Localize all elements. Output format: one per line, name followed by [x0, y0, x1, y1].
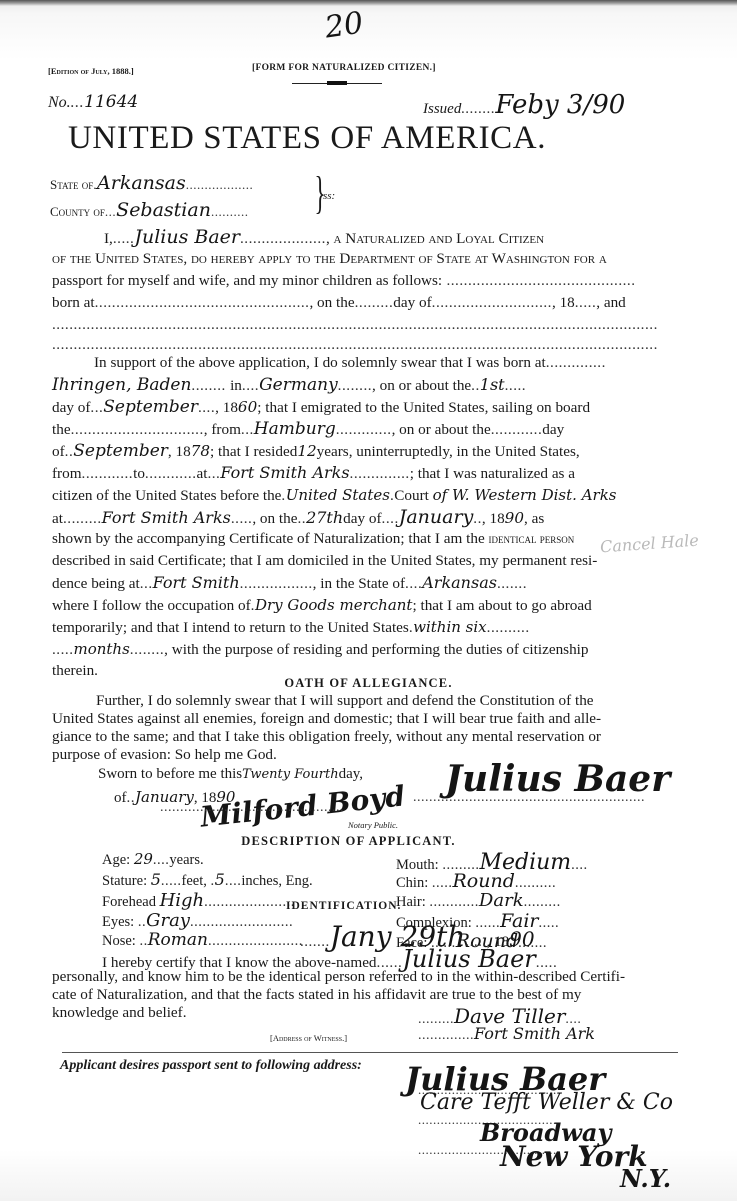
stature-inches: 5 — [215, 870, 225, 889]
scan-top-edge — [0, 0, 737, 6]
edition-label: [Edition of July, 1888.] — [48, 66, 134, 76]
birthplace: Ihringen, Baden — [52, 375, 191, 395]
application-line-2: of the United States, do hereby apply to… — [52, 248, 692, 270]
affidavit-line-7: citizen of the United States before the.… — [52, 484, 692, 507]
sworn-line: Sworn to before me thisTwenty Fourthday, — [98, 766, 363, 783]
nose-value: Roman — [148, 930, 208, 950]
oath-line-2: United States against all enemies, forei… — [52, 710, 692, 728]
affidavit-line-14: .....months........, with the purpose of… — [52, 638, 692, 661]
applicant-signature: Julius Baer — [445, 758, 670, 800]
form-type-label: [FORM FOR NATURALIZED CITIZEN.] — [252, 63, 436, 73]
naturalization-month: January — [399, 506, 474, 528]
application-line-3: passport for myself and wife, and my min… — [52, 270, 692, 292]
issued-label: Issued — [423, 101, 461, 117]
birth-year: 60 — [238, 398, 257, 416]
affidavit-line-9: shown by the accompanying Certificate of… — [52, 528, 692, 550]
affidavit-line-10: described in said Certificate; that I am… — [52, 550, 692, 572]
identification-line-2: personally, and know him to be the ident… — [52, 968, 692, 986]
sworn-day: Twenty Fourth — [242, 767, 338, 782]
hair-field: Hair: ............Dark......... — [396, 890, 561, 911]
identification-heading: IDENTIFICATION. — [286, 900, 401, 912]
applicant-name: Julius Baer — [134, 226, 240, 248]
affidavit-line-6: from............to............at...Fort … — [52, 462, 692, 485]
affidavit-line-13: temporarily; and that I intend to return… — [52, 616, 692, 639]
county-label: County of — [50, 204, 105, 219]
domicile-city: Fort Smith — [153, 573, 240, 592]
birth-country: Germany — [259, 375, 338, 395]
divider-rule — [62, 1052, 678, 1053]
state-label: State of — [50, 177, 93, 192]
header-ornament-center — [327, 81, 347, 85]
county-field: County of...Sebastian.......... — [50, 199, 248, 221]
mailing-label: Applicant desires passport sent to follo… — [60, 1058, 362, 1074]
mailing-line-5: N.Y. — [620, 1164, 671, 1193]
witness-address-field: ..............Fort Smith Ark — [418, 1024, 595, 1044]
affidavit-line-11: dence being at...Fort Smith.............… — [52, 572, 692, 595]
ss-label: ss: — [323, 190, 335, 202]
emigration-year: 78 — [191, 442, 210, 460]
notary-signature-line: ........................................… — [160, 800, 344, 816]
hair-value: Dark — [479, 890, 524, 911]
forehead-field: Forehead High...................... — [102, 890, 295, 911]
birth-month: September — [103, 397, 198, 417]
chin-field: Chin: .....Round.......... — [396, 870, 556, 892]
blank-line-1: ........................................… — [52, 314, 692, 336]
chin-value: Round — [452, 870, 514, 892]
state-field: State of.Arkansas.................. — [50, 172, 253, 194]
court-name: United States — [286, 486, 390, 504]
issued-value: Feby 3/90 — [495, 90, 625, 120]
naturalization-place: Fort Smith Arks — [102, 508, 231, 527]
document-title: UNITED STATES OF AMERICA. — [68, 120, 546, 157]
forehead-value: High — [160, 890, 205, 911]
stature-feet: 5 — [151, 870, 161, 889]
identification-line-4: knowledge and belief. — [52, 1004, 692, 1022]
stature-field: Stature: 5.....feet, .5....inches, Eng. — [102, 870, 313, 890]
years-resided: 12 — [297, 442, 316, 460]
naturalization-year: 90 — [505, 509, 524, 527]
affidavit-line-4: the..............................., from… — [52, 418, 692, 441]
affidavit-line-1: In support of the above application, I d… — [52, 352, 692, 374]
identification-line-3: cate of Naturalization, and that the fac… — [52, 986, 692, 1004]
emigration-month: September — [73, 441, 168, 461]
birth-day: 1st — [480, 375, 505, 394]
number-value: 11644 — [84, 92, 138, 112]
eyes-field: Eyes: ..Gray......................... — [102, 910, 293, 931]
occupation: Dry Goods merchant — [255, 596, 413, 614]
oath-line-3: giance to the same; and that I take this… — [52, 728, 692, 746]
notary-public-label: Notary Public. — [348, 820, 398, 830]
return-months: months — [73, 640, 129, 658]
application-line-1: I,.....Julius Baer...................., … — [52, 226, 692, 250]
oath-line-1: Further, I do solemnly swear that I will… — [52, 692, 692, 710]
affidavit-line-2: Ihringen, Baden........ in....Germany...… — [52, 374, 692, 397]
domicile-state: Arkansas — [422, 573, 497, 592]
departure-port: Hamburg — [254, 419, 336, 439]
residence-place: Fort Smith Arks — [220, 463, 349, 482]
passport-application-page: 20 [Edition of July, 1888.] [FORM FOR NA… — [0, 0, 737, 1201]
naturalization-day: 27th — [306, 508, 343, 527]
age-field: Age: 29....years. — [102, 850, 204, 869]
affidavit-line-12: where I follow the occupation of.Dry Goo… — [52, 594, 692, 617]
nose-field: Nose: ..Roman....................... — [102, 930, 303, 950]
county-value: Sebastian — [116, 199, 211, 221]
court-district: of W. Western Dist. Arks — [433, 486, 617, 504]
return-within: within six — [413, 618, 487, 636]
oath-heading: OATH OF ALLEGIANCE. — [0, 676, 737, 691]
margin-note-top: 20 — [323, 6, 366, 46]
application-line-4: born at.................................… — [52, 292, 692, 314]
affidavit-line-5: of..September, 1878; that I resided12yea… — [52, 440, 692, 463]
affidavit-line-3: day of...September...., 1860; that I emi… — [52, 396, 692, 419]
affidavit-line-8: at.........Fort Smith Arks....., on the.… — [52, 506, 692, 530]
witness-address: Fort Smith Ark — [474, 1024, 595, 1043]
description-heading: DESCRIPTION OF APPLICANT. — [0, 834, 717, 849]
eyes-value: Gray — [146, 910, 190, 931]
age-value: 29 — [134, 850, 153, 868]
issued-field: Issued........Feby 3/90 — [423, 90, 625, 120]
number-label: No. — [48, 94, 71, 111]
state-value: Arkansas — [97, 172, 186, 194]
mailing-line-5-field: N.Y. — [620, 1164, 671, 1193]
witness-address-label: [Address of Witness.] — [270, 1033, 347, 1043]
number-field: No....11644 — [48, 92, 138, 112]
